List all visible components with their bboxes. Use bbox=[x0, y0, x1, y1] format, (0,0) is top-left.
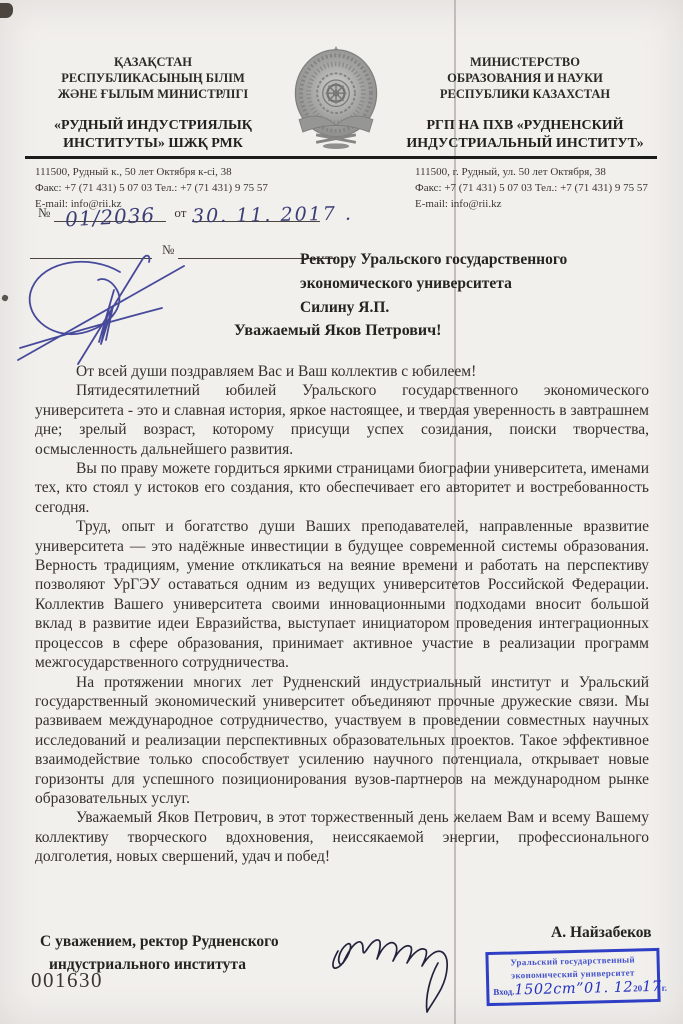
email-line: E-mail: info@rii.kz bbox=[415, 196, 670, 212]
ministry-kz-line: ЖӘНЕ ҒЫЛЫМ МИНИСТРЛІГІ bbox=[28, 86, 278, 102]
body-paragraph: Уважаемый Яков Петрович, в этот торжеств… bbox=[35, 808, 649, 866]
institute-kz-line: ИНСТИТУТЫ» ШЖҚ РМК bbox=[28, 135, 278, 153]
institute-kz-line: «РУДНЫЙ ИНДУСТРИЯЛЫҚ bbox=[28, 117, 278, 135]
stamp-field-label: Вход. bbox=[493, 986, 514, 997]
signer-name: А. Найзабеков bbox=[551, 924, 652, 942]
institute-ru-line: ИНДУСТРИАЛЬНЫЙ ИНСТИТУТ» bbox=[394, 135, 656, 153]
body-paragraph: На протяжении многих лет Рудненский инду… bbox=[35, 673, 649, 809]
recipient-line: Силину Я.П. bbox=[300, 296, 567, 320]
stamp-year-handwritten: 17 bbox=[642, 979, 662, 995]
body-paragraph: От всей души поздравляем Вас и Ваш колле… bbox=[35, 362, 649, 381]
recipient-line: экономического университета bbox=[300, 272, 567, 296]
kazakhstan-emblem-icon bbox=[284, 44, 388, 150]
body-paragraph: Труд, опыт и богатство души Ваших препод… bbox=[35, 517, 649, 672]
recipient-line: Ректору Уральского государственного bbox=[300, 248, 567, 272]
ministry-ru-line: ОБРАЗОВАНИЯ И НАУКИ bbox=[394, 70, 656, 86]
closing-line: С уважением, ректор Рудненского bbox=[40, 930, 279, 953]
ministry-kz-line: РЕСПУБЛИКАСЫНЫҢ БІЛІМ bbox=[28, 70, 278, 86]
recipient-block: Ректору Уральского государственного экон… bbox=[300, 248, 567, 320]
body-paragraph: Пятидесятилетний юбилей Уральского госуд… bbox=[35, 381, 649, 459]
ministry-name-russian: МИНИСТЕРСТВО ОБРАЗОВАНИЯ И НАУКИ РЕСПУБЛ… bbox=[394, 54, 656, 102]
ministry-ru-line: МИНИСТЕРСТВО bbox=[394, 54, 656, 70]
outgoing-ref-row: № 01/2036 от 30. 11. 2017 . bbox=[38, 203, 320, 222]
letterhead-emblem-area bbox=[278, 44, 394, 153]
stamp-year-printed: 20 bbox=[633, 983, 642, 993]
institute-name-kazakh: «РУДНЫЙ ИНДУСТРИЯЛЫҚ ИНСТИТУТЫ» ШЖҚ РМК bbox=[28, 117, 278, 153]
letterhead: ҚАЗАҚСТАН РЕСПУБЛИКАСЫНЫҢ БІЛІМ ЖӘНЕ ҒЫЛ… bbox=[28, 44, 656, 153]
incoming-registration-stamp: Уральский государственный экономический … bbox=[485, 948, 660, 1006]
rector-signature-scribble-icon bbox=[328, 915, 488, 1020]
institute-ru-line: РГП НА ПХВ «РУДНЕНСКИЙ bbox=[394, 117, 656, 135]
address-line: 111500, Рудный к., 50 лет Октября к-сі, … bbox=[35, 164, 335, 180]
approval-signature-scribble-icon bbox=[16, 250, 231, 373]
ref-number-handwritten: 01/2036 bbox=[65, 203, 156, 232]
phone-fax-line: Факс: +7 (71 431) 5 07 03 Тел.: +7 (71 4… bbox=[35, 180, 335, 196]
stamp-date-handwritten: 01. 12 bbox=[584, 980, 634, 997]
letterhead-kazakh-column: ҚАЗАҚСТАН РЕСПУБЛИКАСЫНЫҢ БІЛІМ ЖӘНЕ ҒЫЛ… bbox=[28, 44, 278, 153]
address-line: 111500, г. Рудный, ул. 50 лет Октября, 3… bbox=[415, 164, 670, 180]
phone-fax-line: Факс: +7 (71 431) 5 07 03 Тел.: +7 (71 4… bbox=[415, 180, 670, 196]
salutation: Уважаемый Яков Петрович! bbox=[234, 322, 442, 340]
letter-body: От всей души поздравляем Вас и Ваш колле… bbox=[35, 362, 649, 867]
ref-number-underline: 01/2036 bbox=[54, 203, 166, 222]
ministry-name-kazakh: ҚАЗАҚСТАН РЕСПУБЛИКАСЫНЫҢ БІЛІМ ЖӘНЕ ҒЫЛ… bbox=[28, 54, 278, 102]
scan-edge-mark bbox=[1, 294, 9, 302]
ref-no-label: № bbox=[38, 205, 54, 222]
body-paragraph: Вы по праву можете гордиться яркими стра… bbox=[35, 459, 649, 517]
document-number: 001630 bbox=[31, 968, 103, 993]
stamp-number-handwritten: 1502ст” bbox=[514, 981, 584, 999]
contacts-russian: 111500, г. Рудный, ул. 50 лет Октября, 3… bbox=[415, 164, 670, 212]
stamp-year-suffix: г. bbox=[662, 983, 668, 993]
ministry-ru-line: РЕСПУБЛИКИ КАЗАХСТАН bbox=[394, 86, 656, 102]
institute-name-russian: РГП НА ПХВ «РУДНЕНСКИЙ ИНДУСТРИАЛЬНЫЙ ИН… bbox=[394, 117, 656, 153]
scanned-letter-page: ҚАЗАҚСТАН РЕСПУБЛИКАСЫНЫҢ БІЛІМ ЖӘНЕ ҒЫЛ… bbox=[0, 0, 683, 1024]
ministry-kz-line: ҚАЗАҚСТАН bbox=[28, 54, 278, 70]
ref-date-handwritten: 30. 11. 2017 . bbox=[192, 203, 353, 228]
ref-date-underline: 30. 11. 2017 . bbox=[192, 203, 320, 222]
ref-ot-label: от bbox=[166, 205, 192, 222]
letterhead-russian-column: МИНИСТЕРСТВО ОБРАЗОВАНИЯ И НАУКИ РЕСПУБЛ… bbox=[394, 44, 656, 153]
scan-smudge-top-left bbox=[0, 3, 13, 18]
letterhead-divider-rule bbox=[25, 156, 657, 159]
